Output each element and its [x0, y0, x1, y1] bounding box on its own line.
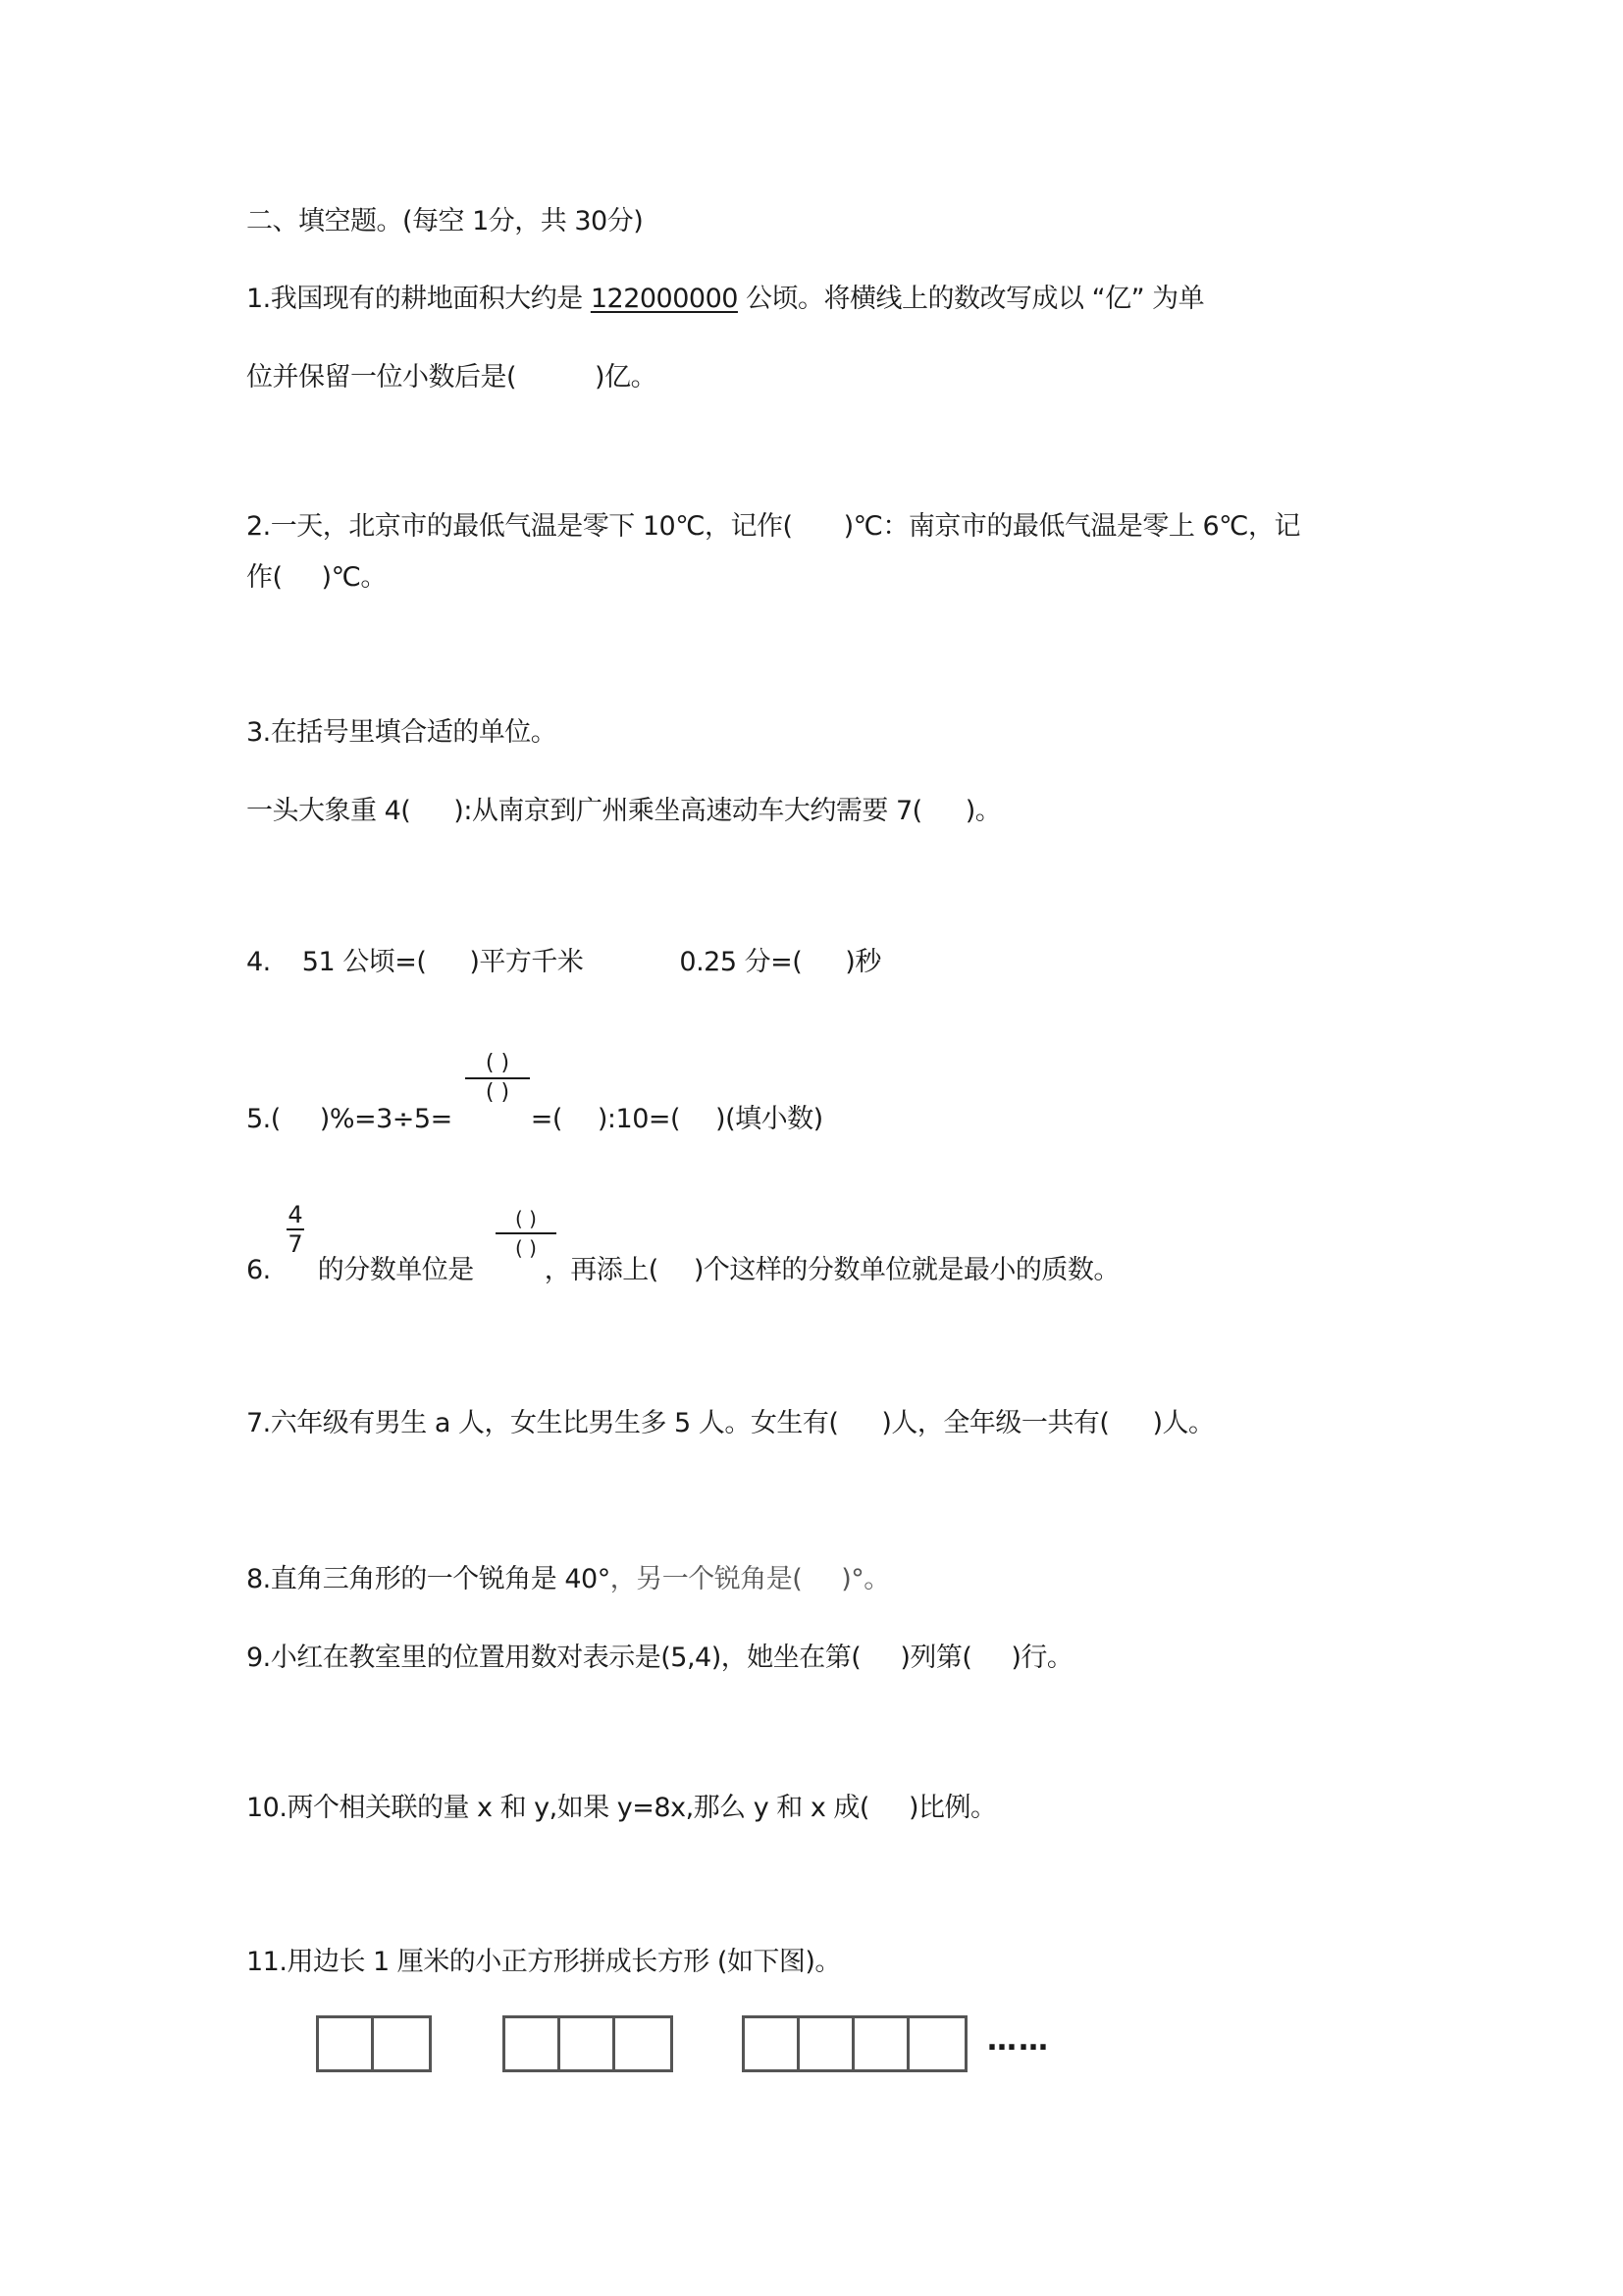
q3-text-a: 一头大象重 4( [246, 796, 410, 826]
q8-text-b: ，另一个锐角是( [610, 1564, 803, 1594]
unit-square [745, 2018, 800, 2069]
q8-text-a: 8.直角三角形的一个锐角是 40° [246, 1564, 610, 1594]
fraction-numerator: 4 [288, 1203, 302, 1226]
q3-text-c: )。 [966, 796, 1002, 826]
unit-square [319, 2018, 374, 2069]
q8-text-c: )°。 [841, 1564, 890, 1594]
q9-text-a: 9.小红在教室里的位置用数对表示是(5,4)，她坐在第( [246, 1643, 861, 1673]
question-2-line-2: 作()℃。 [246, 561, 387, 595]
q6-text-b: ，再添上( [545, 1255, 658, 1285]
q6-fraction-four-sevenths: 4 7 [287, 1203, 304, 1256]
question-3-title: 3.在括号里填合适的单位。 [246, 716, 556, 750]
q5-text-d: ):10=( [598, 1104, 680, 1134]
unit-square [910, 2018, 965, 2069]
q3-text-b: ):从南京到广州乘坐高速动车大约需要 7( [453, 796, 921, 826]
q7-text-b: )人，全年级一共有( [881, 1408, 1109, 1438]
question-1-line-1: 1.我国现有的耕地面积大约是 122000000 公顷。将横线上的数改写成以 “… [246, 283, 1204, 316]
question-6: 6.的分数单位是，再添上()个这样的分数单位就是最小的质数。 [246, 1254, 1120, 1287]
q1-prefix: 1.我国现有的耕地面积大约是 [246, 284, 591, 314]
q5-text-b: )%=3÷5= [320, 1104, 452, 1134]
question-4: 4.51 公顷=()平方千米0.25 分=()秒 [246, 946, 881, 979]
unit-square [800, 2018, 855, 2069]
question-9: 9.小红在教室里的位置用数对表示是(5,4)，她坐在第()列第()行。 [246, 1642, 1073, 1675]
question-3-line: 一头大象重 4():从南京到广州乘坐高速动车大约需要 7()。 [246, 795, 1001, 828]
q2-text-c: 作( [246, 562, 283, 593]
q2-text-a: 2.一天，北京市的最低气温是零下 10℃，记作( [246, 511, 793, 542]
fraction-bar [496, 1232, 556, 1234]
rectangle-figure-3-squares [502, 2015, 673, 2072]
question-5: 5.()%=3÷5==():10=()(填小数) [246, 1103, 823, 1136]
unit-square [560, 2018, 615, 2069]
unit-square [505, 2018, 560, 2069]
q1-text-a: 位并保留一位小数后是( [246, 362, 516, 392]
q4-number: 4. [246, 947, 271, 977]
question-10: 10.两个相关联的量 x 和 y,如果 y=8x,那么 y 和 x 成()比例。 [246, 1792, 997, 1825]
fraction-bar [465, 1077, 530, 1079]
question-2-line-1: 2.一天，北京市的最低气温是零下 10℃，记作()℃：南京市的最低气温是零上 6… [246, 510, 1300, 544]
q6-unit-fraction-blank[interactable]: ( ) ( ) [496, 1207, 556, 1260]
q4-text-a: 51 公顷=( [302, 947, 427, 977]
fraction-numerator: ( ) [486, 1052, 509, 1075]
unit-square [855, 2018, 910, 2069]
rectangle-figure-4-squares [742, 2015, 968, 2072]
q5-fraction-blank[interactable]: ( ) ( ) [465, 1052, 530, 1105]
q6-number: 6. [246, 1255, 271, 1285]
question-7: 7.六年级有男生 a 人，女生比男生多 5 人。女生有()人，全年级一共有()人… [246, 1407, 1214, 1440]
unit-square [374, 2018, 429, 2069]
fraction-denominator: ( ) [515, 1236, 537, 1260]
q6-text-a: 的分数单位是 [318, 1255, 474, 1285]
question-8: 8.直角三角形的一个锐角是 40°，另一个锐角是()°。 [246, 1563, 890, 1596]
q9-text-c: )行。 [1011, 1643, 1073, 1673]
ellipsis: …… [987, 2023, 1050, 2058]
q5-text-a: 5.( [246, 1104, 281, 1134]
q1-text-b: )亿。 [595, 362, 656, 392]
q7-text-a: 7.六年级有男生 a 人，女生比男生多 5 人。女生有( [246, 1408, 838, 1438]
q7-text-c: )人。 [1152, 1408, 1214, 1438]
question-1-line-2: 位并保留一位小数后是()亿。 [246, 361, 656, 394]
q10-text-a: 10.两个相关联的量 x 和 y,如果 y=8x,那么 y 和 x 成( [246, 1793, 869, 1823]
fraction-denominator: ( ) [486, 1081, 509, 1105]
q4-text-c: 0.25 分=( [679, 947, 802, 977]
q6-text-c: )个这样的分数单位就是最小的质数。 [694, 1255, 1120, 1285]
q4-text-d: )秒 [845, 947, 881, 977]
fraction-numerator: ( ) [515, 1207, 537, 1230]
q10-text-b: )比例。 [909, 1793, 997, 1823]
q4-text-b: )平方千米 [469, 947, 583, 977]
unit-square [615, 2018, 670, 2069]
q1-suffix: 公顷。将横线上的数改写成以 “亿” 为单 [738, 284, 1204, 314]
q1-underlined-number: 122000000 [591, 284, 738, 314]
q2-text-b: )℃：南京市的最低气温是零上 6℃，记 [844, 511, 1300, 542]
q5-text-e: )(填小数) [715, 1104, 823, 1134]
q9-text-b: )列第( [900, 1643, 971, 1673]
fraction-denominator: 7 [288, 1232, 302, 1256]
rectangle-figure-2-squares [316, 2015, 432, 2072]
section-title: 二、填空题。(每空 1分，共 30分) [246, 205, 643, 238]
q2-text-d: )℃。 [322, 562, 387, 593]
question-11-title: 11.用边长 1 厘米的小正方形拼成长方形 (如下图)。 [246, 1946, 841, 1979]
q5-text-c: =( [531, 1104, 562, 1134]
